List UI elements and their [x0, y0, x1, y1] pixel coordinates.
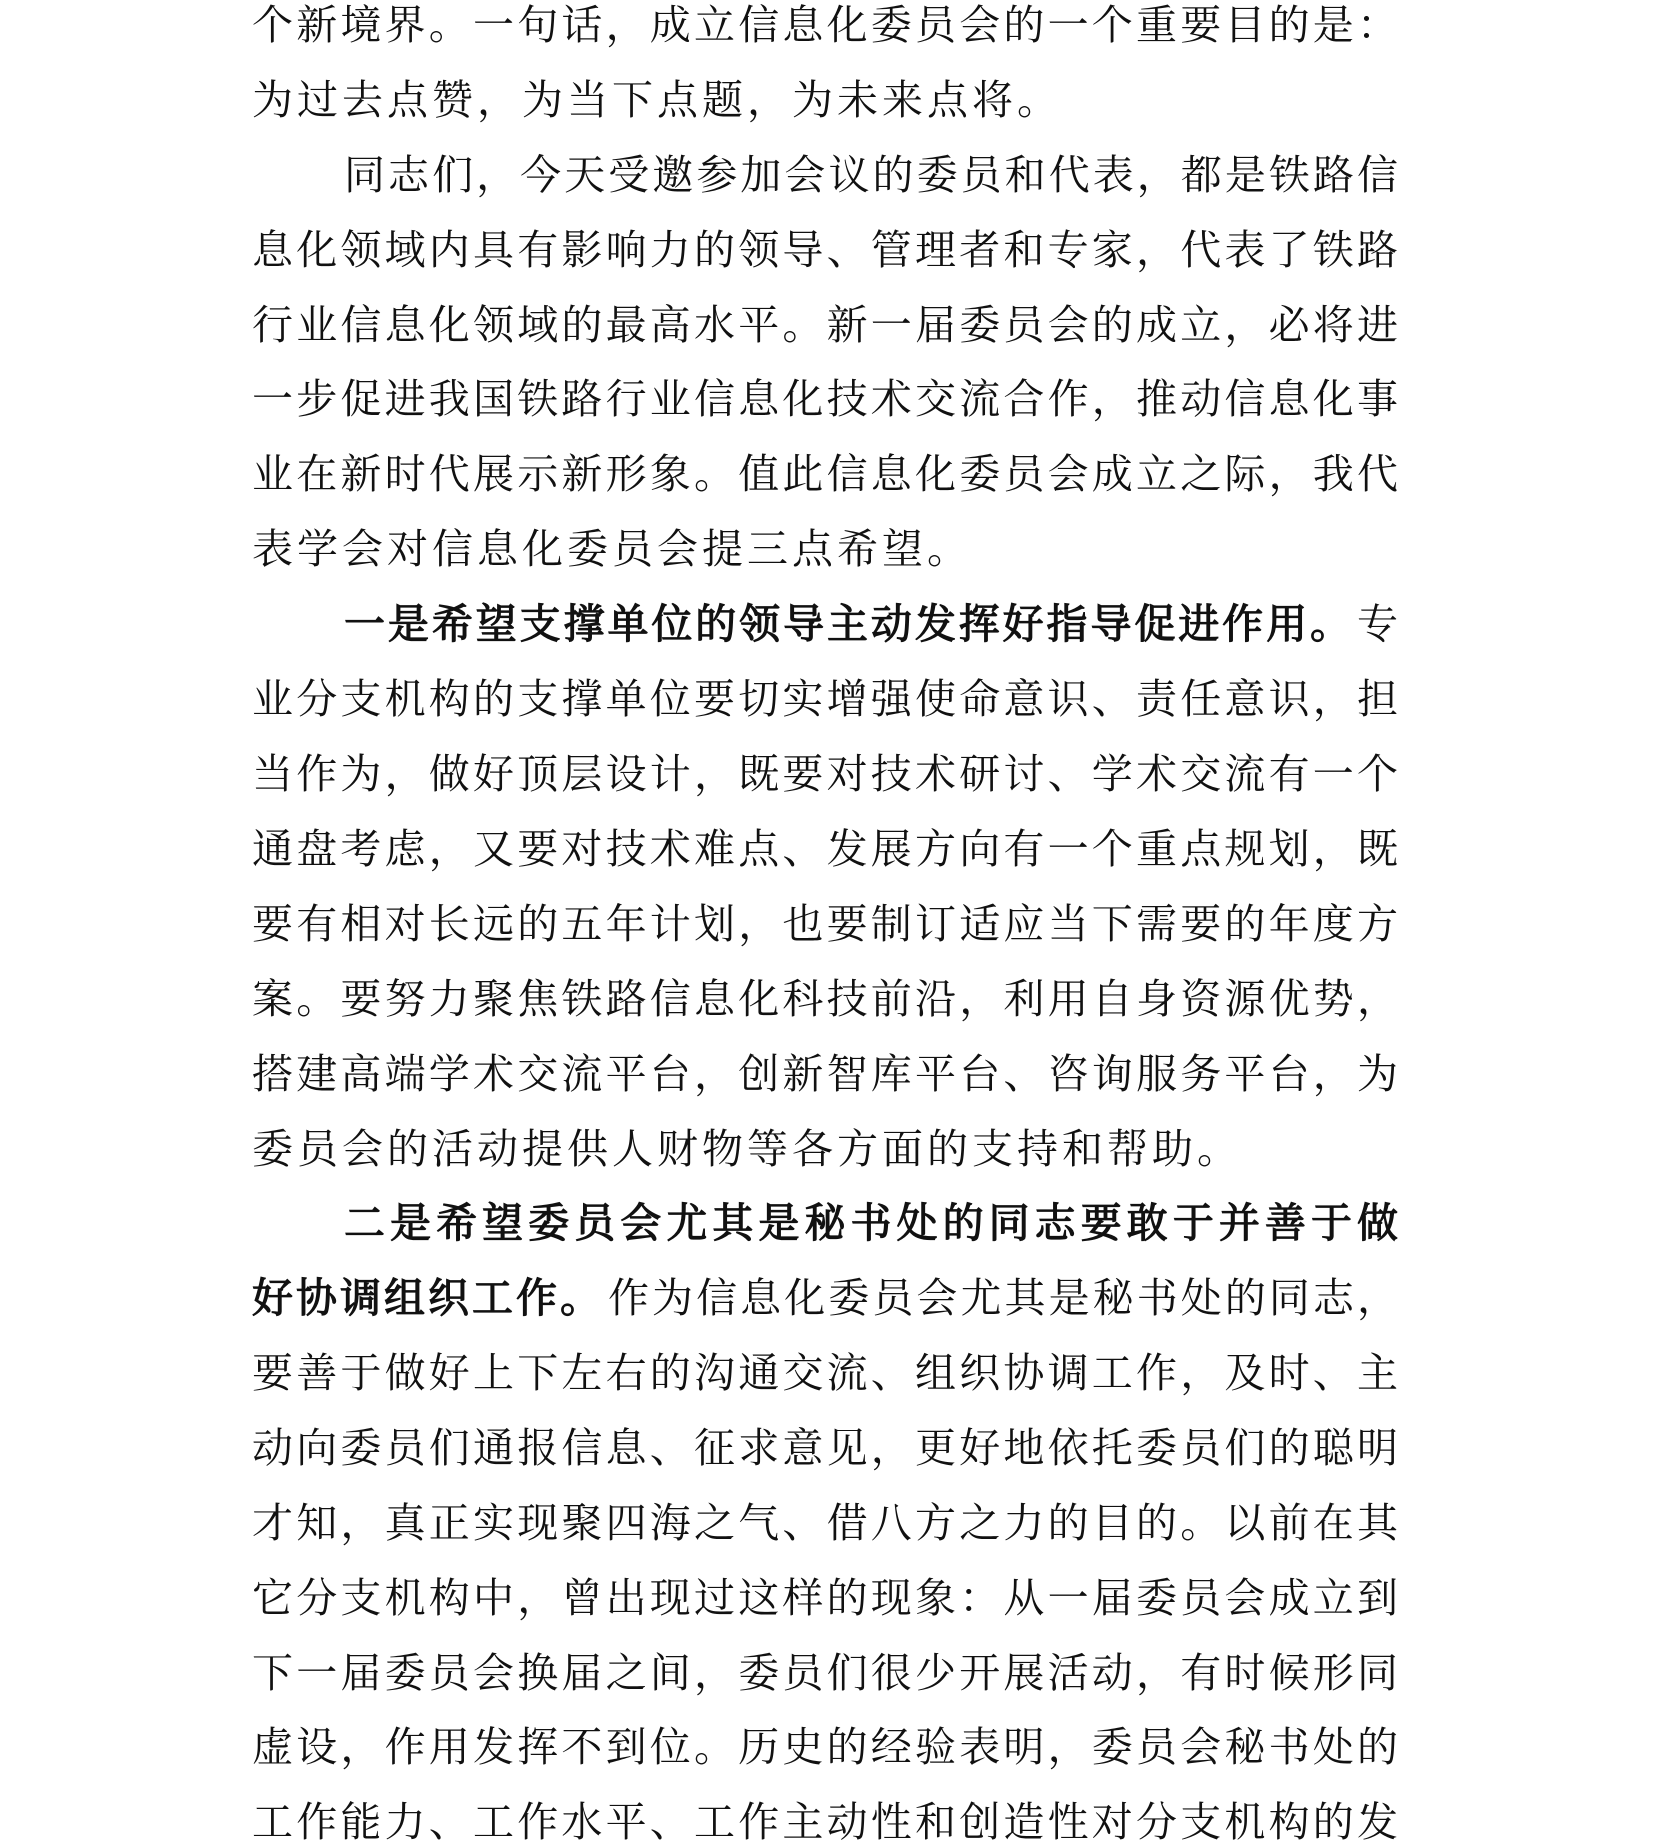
text-line: 要有相对长远的五年计划，也要制订适应当下需要的年度方: [252, 899, 1398, 949]
text-line: 虚设，作用发挥不到位。历史的经验表明，委员会秘书处的: [252, 1722, 1398, 1772]
text-line: 为过去点赞，为当下点题，为未来点将。: [252, 75, 1062, 125]
text-line: 当作为，做好顶层设计，既要对技术研讨、学术交流有一个: [252, 749, 1398, 799]
text-line: 案。要努力聚焦铁路信息化科技前沿，利用自身资源优势，: [252, 974, 1398, 1024]
text-line: 通盘考虑，又要对技术难点、发展方向有一个重点规划，既: [252, 824, 1398, 874]
text-line: 业分支机构的支撑单位要切实增强使命意识、责任意识，担: [252, 674, 1398, 724]
text-line: 个新境界。一句话，成立信息化委员会的一个重要目的是：: [252, 0, 1398, 50]
text-segment: 作为信息化委员会尤其是秘书处的同志，: [608, 1273, 1398, 1323]
text-line: 委员会的活动提供人财物等各方面的支持和帮助。: [252, 1124, 1242, 1174]
paragraph-start-line: 二是希望委员会尤其是秘书处的同志要敢于并善于做: [344, 1198, 1398, 1248]
text-line: 它分支机构中，曾出现过这样的现象：从一届委员会成立到: [252, 1573, 1398, 1623]
text-line: 表学会对信息化委员会提三点希望。: [252, 524, 972, 574]
text-line: 才知，真正实现聚四海之气、借八方之力的目的。以前在其: [252, 1498, 1398, 1548]
text-line: 行业信息化领域的最高水平。新一届委员会的成立，必将进: [252, 300, 1398, 350]
text-line: 动向委员们通报信息、征求意见，更好地依托委员们的聪明: [252, 1423, 1398, 1473]
text-segment: 专: [1357, 599, 1398, 649]
text-line: 搭建高端学术交流平台，创新智库平台、咨询服务平台，为: [252, 1049, 1398, 1099]
text-line: 业在新时代展示新形象。值此信息化委员会成立之际，我代: [252, 449, 1398, 499]
text-line: 一步促进我国铁路行业信息化技术交流合作，推动信息化事: [252, 374, 1398, 424]
bold-heading-text: 一是希望支撑单位的领导主动发挥好指导促进作用。: [344, 599, 1351, 649]
text-line: 好协调组织工作。 作为信息化委员会尤其是秘书处的同志，: [252, 1273, 1398, 1323]
paragraph-start-line: 同志们，今天受邀参加会议的委员和代表，都是铁路信: [344, 150, 1398, 200]
bold-heading-text: 好协调组织工作。: [252, 1273, 604, 1323]
text-line: 要善于做好上下左右的沟通交流、组织协调工作，及时、主: [252, 1348, 1398, 1398]
text-line: 下一届委员会换届之间，委员们很少开展活动，有时候形同: [252, 1648, 1398, 1698]
text-line: 工作能力、工作水平、工作主动性和创造性对分支机构的发: [252, 1797, 1398, 1844]
document-page: 个新境界。一句话，成立信息化委员会的一个重要目的是： 为过去点赞，为当下点题，为…: [0, 0, 1654, 1844]
paragraph-start-line: 一是希望支撑单位的领导主动发挥好指导促进作用。 专: [344, 599, 1398, 649]
text-line: 息化领域内具有影响力的领导、管理者和专家，代表了铁路: [252, 225, 1398, 275]
